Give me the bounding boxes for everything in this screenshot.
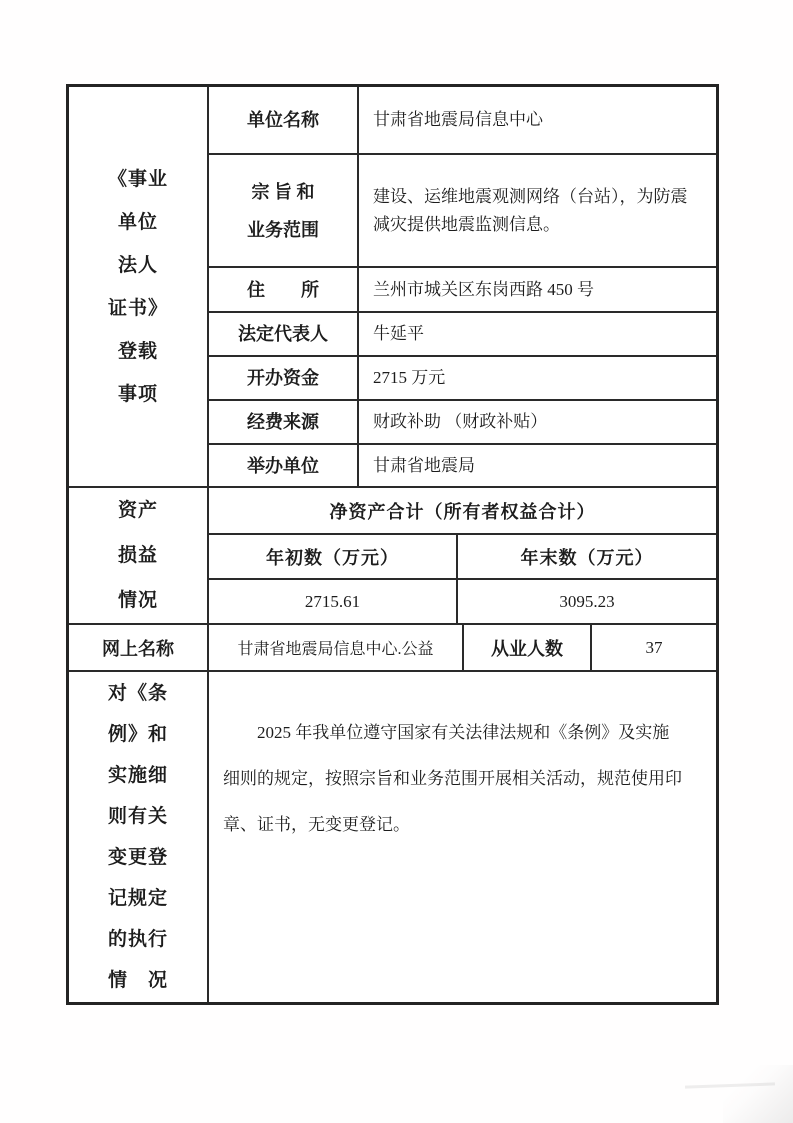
assets-section-side-label: 资产 损益 情况	[69, 488, 209, 623]
address-label: 住 所	[209, 268, 359, 311]
mission-scope-value: 建设、运维地震观测网络（台站），为防震 减灾提供地震监测信息。	[359, 155, 716, 266]
net-assets-header: 净资产合计（所有者权益合计）	[209, 488, 716, 535]
address-value: 兰州市城关区东岗西路 450 号	[359, 268, 716, 311]
table-row-legal-representative: 法定代表人 牛延平	[209, 313, 716, 357]
scanned-form-page: 《事业 单位 法人 证书》 登载 事项 单位名称 甘肃省地震局信息中心 宗 旨 …	[0, 0, 793, 1123]
unit-name-value: 甘肃省地震局信息中心	[359, 87, 716, 153]
online-name-label: 网上名称	[69, 625, 209, 670]
assets-values-row: 2715.61 3095.23	[209, 580, 716, 623]
online-name-row: 网上名称 甘肃省地震局信息中心.公益 从业人数 37	[69, 625, 716, 672]
year-end-column-header: 年末数（万元）	[458, 535, 716, 578]
compliance-section-side-label: 对《条 例》和 实施细 则有关 变更登 记规定 的执行 情 况	[69, 672, 209, 1002]
table-row-unit-name: 单位名称 甘肃省地震局信息中心	[209, 87, 716, 155]
year-start-value: 2715.61	[209, 580, 458, 623]
table-row-address: 住 所 兰州市城关区东岗西路 450 号	[209, 268, 716, 313]
opening-capital-value: 2715 万元	[359, 357, 716, 399]
funding-source-label: 经费来源	[209, 401, 359, 443]
staff-count-label: 从业人数	[464, 625, 592, 670]
organizer-label: 举办单位	[209, 445, 359, 486]
assets-column-headers-row: 年初数（万元） 年末数（万元）	[209, 535, 716, 580]
online-name-value: 甘肃省地震局信息中心.公益	[209, 625, 464, 670]
compliance-statement-paragraph: 2025 年我单位遵守国家有关法律法规和《条例》及实施 细则的规定，按照宗旨和业…	[209, 672, 716, 1002]
table-row-mission-scope: 宗 旨 和 业务范围 建设、运维地震观测网络（台站），为防震 减灾提供地震监测信…	[209, 155, 716, 268]
table-row-funding-source: 经费来源 财政补助 （财政补贴）	[209, 401, 716, 445]
legal-representative-label: 法定代表人	[209, 313, 359, 355]
certificate-items-section: 《事业 单位 法人 证书》 登载 事项 单位名称 甘肃省地震局信息中心 宗 旨 …	[69, 87, 716, 488]
legal-representative-value: 牛延平	[359, 313, 716, 355]
opening-capital-label: 开办资金	[209, 357, 359, 399]
year-end-value: 3095.23	[458, 580, 716, 623]
scan-streak	[685, 1082, 775, 1088]
staff-count-value: 37	[592, 625, 716, 670]
certificate-section-side-label: 《事业 单位 法人 证书》 登载 事项	[69, 87, 209, 486]
assets-rows: 净资产合计（所有者权益合计） 年初数（万元） 年末数（万元） 2715.61 3…	[209, 488, 716, 623]
organizer-value: 甘肃省地震局	[359, 445, 716, 486]
table-row-organizer: 举办单位 甘肃省地震局	[209, 445, 716, 486]
registration-form-table: 《事业 单位 法人 证书》 登载 事项 单位名称 甘肃省地震局信息中心 宗 旨 …	[66, 84, 719, 1005]
certificate-rows: 单位名称 甘肃省地震局信息中心 宗 旨 和 业务范围 建设、运维地震观测网络（台…	[209, 87, 716, 486]
unit-name-label: 单位名称	[209, 87, 359, 153]
mission-scope-label: 宗 旨 和 业务范围	[209, 155, 359, 266]
assets-section: 资产 损益 情况 净资产合计（所有者权益合计） 年初数（万元） 年末数（万元） …	[69, 488, 716, 625]
funding-source-value: 财政补助 （财政补贴）	[359, 401, 716, 443]
scan-corner-smudge	[723, 1065, 793, 1123]
table-row-opening-capital: 开办资金 2715 万元	[209, 357, 716, 401]
year-start-column-header: 年初数（万元）	[209, 535, 458, 578]
compliance-section: 对《条 例》和 实施细 则有关 变更登 记规定 的执行 情 况 2025 年我单…	[69, 672, 716, 1002]
